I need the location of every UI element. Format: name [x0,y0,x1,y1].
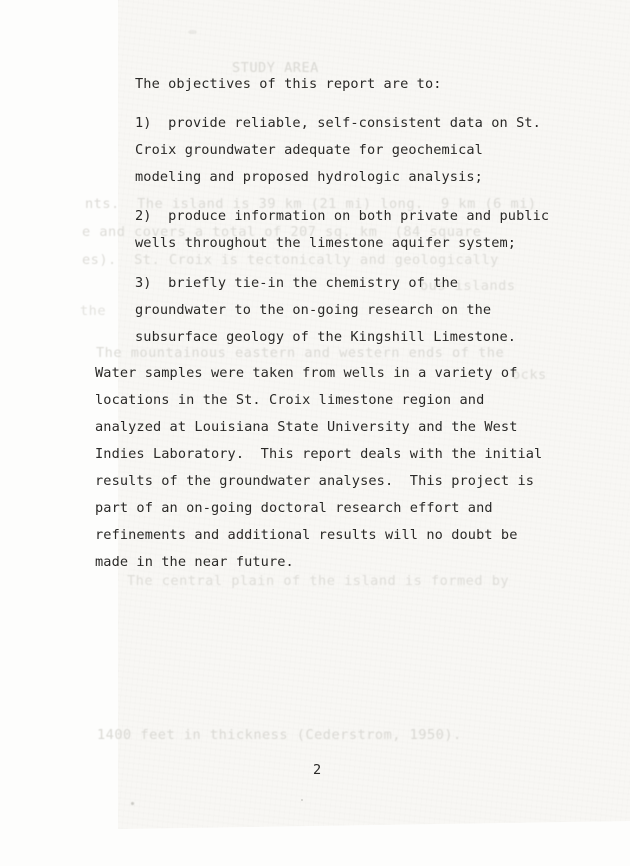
typewritten-line: part of an on-going doctoral research ef… [95,502,493,516]
typewritten-line: analyzed at Louisiana State University a… [95,421,518,435]
scan-speck [131,802,134,805]
scan-speck [301,799,303,801]
typewritten-line: The objectives of this report are to: [135,78,442,92]
typewritten-line: 1) provide reliable, self-consistent dat… [135,117,541,131]
bleedthrough-line: The mountainous eastern and western ends… [96,347,504,361]
typewritten-line: wells throughout the limestone aquifer s… [135,237,516,251]
page-number: 2 [313,764,321,778]
bleedthrough-line: 1400 feet in thickness (Cederstrom, 1950… [97,729,462,743]
typewritten-line: Indies Laboratory. This report deals wit… [95,448,542,462]
typewritten-line: results of the groundwater analyses. Thi… [95,475,534,489]
bleedthrough-line: STUDY AREA [232,62,319,76]
typewritten-line: refinements and additional results will … [95,529,518,543]
scanned-document-page: STUDY AREAnts. The island is 39 km (21 m… [0,0,630,866]
bleedthrough-line: The central plain of the island is forme… [127,575,509,589]
typewritten-line: subsurface geology of the Kingshill Lime… [135,331,516,345]
typewritten-line: 2) produce information on both private a… [135,210,549,224]
typewritten-line: 3) briefly tie-in the chemistry of the [135,277,458,291]
typewritten-line: made in the near future. [95,556,294,570]
scan-smudge [188,30,197,34]
bleedthrough-line: the [80,305,106,319]
typewritten-line: groundwater to the on-going research on … [135,304,491,318]
typewritten-line: Water samples were taken from wells in a… [95,367,518,381]
typewritten-line: Croix groundwater adequate for geochemic… [135,144,483,158]
typewritten-line: modeling and proposed hydrologic analysi… [135,171,483,185]
bleedthrough-line: es). St. Croix is tectonically and geolo… [82,254,499,268]
typewritten-line: locations in the St. Croix limestone reg… [95,394,484,408]
